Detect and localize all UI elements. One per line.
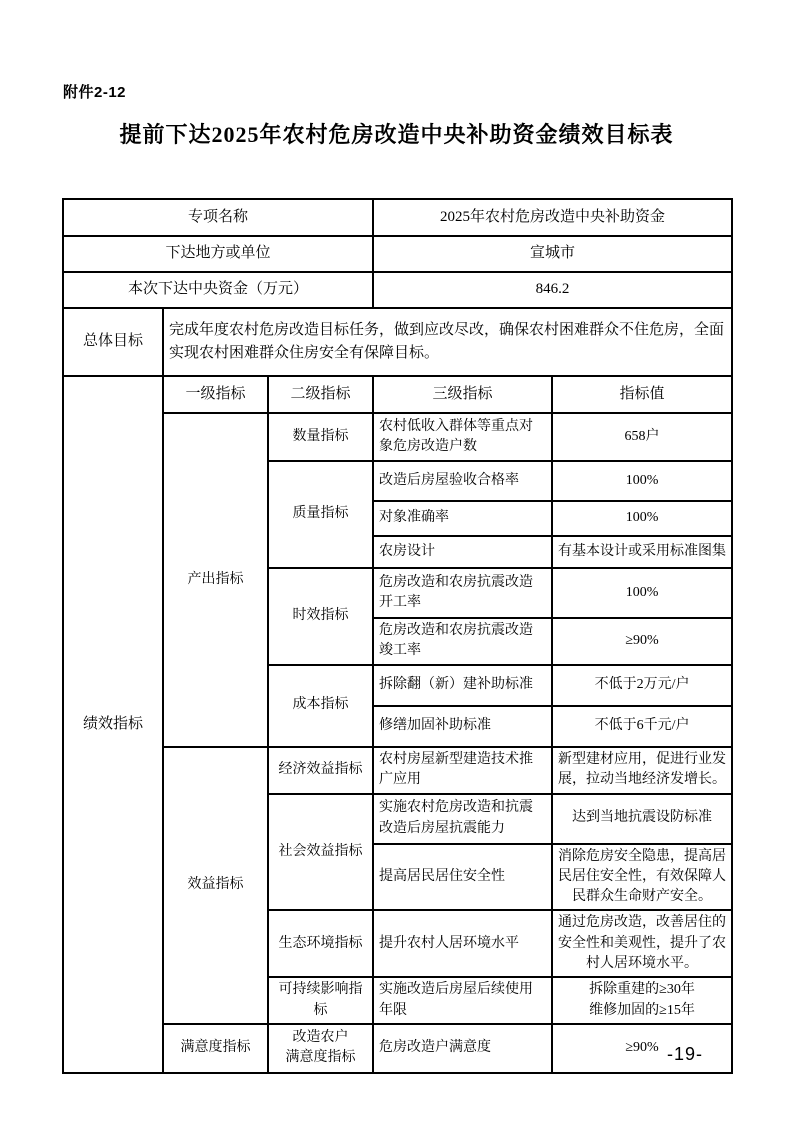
value-cell: 658户 (552, 413, 732, 461)
funds-value: 846.2 (373, 272, 732, 308)
value-cell: 100% (552, 501, 732, 536)
table-row: 产出指标 数量指标 农村低收入群体等重点对象危房改造户数 658户 (63, 413, 732, 461)
value-cell: 达到当地抗震设防标准 (552, 794, 732, 844)
level2-household: 改造农户 满意度指标 (268, 1024, 373, 1073)
value-cell: 消除危房安全隐患，提高居民居住安全性，有效保障人民群众生命财产安全。 (552, 844, 732, 911)
table-row: 效益指标 经济效益指标 农村房屋新型建造技术推广应用 新型建材应用，促进行业发展… (63, 747, 732, 794)
value-cell: 100% (552, 568, 732, 618)
indicator-cell: 改造后房屋验收合格率 (373, 461, 552, 501)
indicator-cell: 提升农村人居环境水平 (373, 910, 552, 977)
value-cell: 不低于6千元/户 (552, 706, 732, 747)
indicator-cell: 对象准确率 (373, 501, 552, 536)
performance-target-table: 专项名称 2025年农村危房改造中央补助资金 下达地方或单位 宣城市 本次下达中… (62, 198, 733, 1074)
indicator-cell: 农村房屋新型建造技术推广应用 (373, 747, 552, 794)
overall-goal-row: 总体目标 完成年度农村危房改造目标任务，做到应改尽改，确保农村困难群众不住危房，… (63, 308, 732, 376)
indicator-cell: 农村低收入群体等重点对象危房改造户数 (373, 413, 552, 461)
page-number: -19- (640, 1044, 730, 1065)
indicator-cell: 危房改造和农房抗震改造竣工率 (373, 618, 552, 665)
level1-benefit: 效益指标 (163, 747, 268, 1024)
attachment-label: 附件2-12 (63, 81, 126, 102)
indicator-cell: 农房设计 (373, 536, 552, 568)
header-level3: 三级指标 (373, 376, 552, 413)
level2-sustain: 可持续影响指标 (268, 977, 373, 1024)
level2-economic: 经济效益指标 (268, 747, 373, 794)
funds-label: 本次下达中央资金（万元） (63, 272, 373, 308)
value-cell: 新型建材应用，促进行业发展，拉动当地经济发增长。 (552, 747, 732, 794)
indicator-cell: 拆除翻（新）建补助标准 (373, 665, 552, 706)
region-value: 宣城市 (373, 236, 732, 272)
info-row-funds: 本次下达中央资金（万元） 846.2 (63, 272, 732, 308)
value-cell: 有基本设计或采用标准图集 (552, 536, 732, 568)
value-cell: 通过危房改造，改善居住的安全性和美观性，提升了农村人居环境水平。 (552, 910, 732, 977)
value-cell: 100% (552, 461, 732, 501)
indicator-cell: 提高居民居住安全性 (373, 844, 552, 911)
header-value: 指标值 (552, 376, 732, 413)
project-name-value: 2025年农村危房改造中央补助资金 (373, 199, 732, 236)
indicator-cell: 危房改造户满意度 (373, 1024, 552, 1073)
info-row-project-name: 专项名称 2025年农村危房改造中央补助资金 (63, 199, 732, 236)
value-cell: 不低于2万元/户 (552, 665, 732, 706)
level2-ecology: 生态环境指标 (268, 910, 373, 977)
level2-social: 社会效益指标 (268, 794, 373, 911)
level2-quantity: 数量指标 (268, 413, 373, 461)
overall-goal-label: 总体目标 (63, 308, 163, 376)
value-cell: 拆除重建的≥30年 维修加固的≥15年 (552, 977, 732, 1024)
document-title: 提前下达2025年农村危房改造中央补助资金绩效目标表 (0, 118, 793, 149)
level1-output: 产出指标 (163, 413, 268, 747)
indicator-cell: 危房改造和农房抗震改造开工率 (373, 568, 552, 618)
level2-timeliness: 时效指标 (268, 568, 373, 665)
info-row-region: 下达地方或单位 宣城市 (63, 236, 732, 272)
header-level2: 二级指标 (268, 376, 373, 413)
indicator-cell: 实施农村危房改造和抗震改造后房屋抗震能力 (373, 794, 552, 844)
header-level1: 一级指标 (163, 376, 268, 413)
level2-quality: 质量指标 (268, 461, 373, 568)
document-page: 附件2-12 提前下达2025年农村危房改造中央补助资金绩效目标表 专项名称 2… (0, 0, 793, 1122)
table-row: 满意度指标 改造农户 满意度指标 危房改造户满意度 ≥90% (63, 1024, 732, 1073)
indicator-cell: 实施改造后房屋后续使用年限 (373, 977, 552, 1024)
project-name-label: 专项名称 (63, 199, 373, 236)
level2-cost: 成本指标 (268, 665, 373, 747)
level1-satisfaction: 满意度指标 (163, 1024, 268, 1073)
overall-goal-text: 完成年度农村危房改造目标任务，做到应改尽改，确保农村困难群众不住危房，全面实现农… (163, 308, 732, 376)
performance-header-row: 绩效指标 一级指标 二级指标 三级指标 指标值 (63, 376, 732, 413)
performance-row-label: 绩效指标 (63, 376, 163, 1073)
indicator-cell: 修缮加固补助标准 (373, 706, 552, 747)
region-label: 下达地方或单位 (63, 236, 373, 272)
value-cell: ≥90% (552, 618, 732, 665)
